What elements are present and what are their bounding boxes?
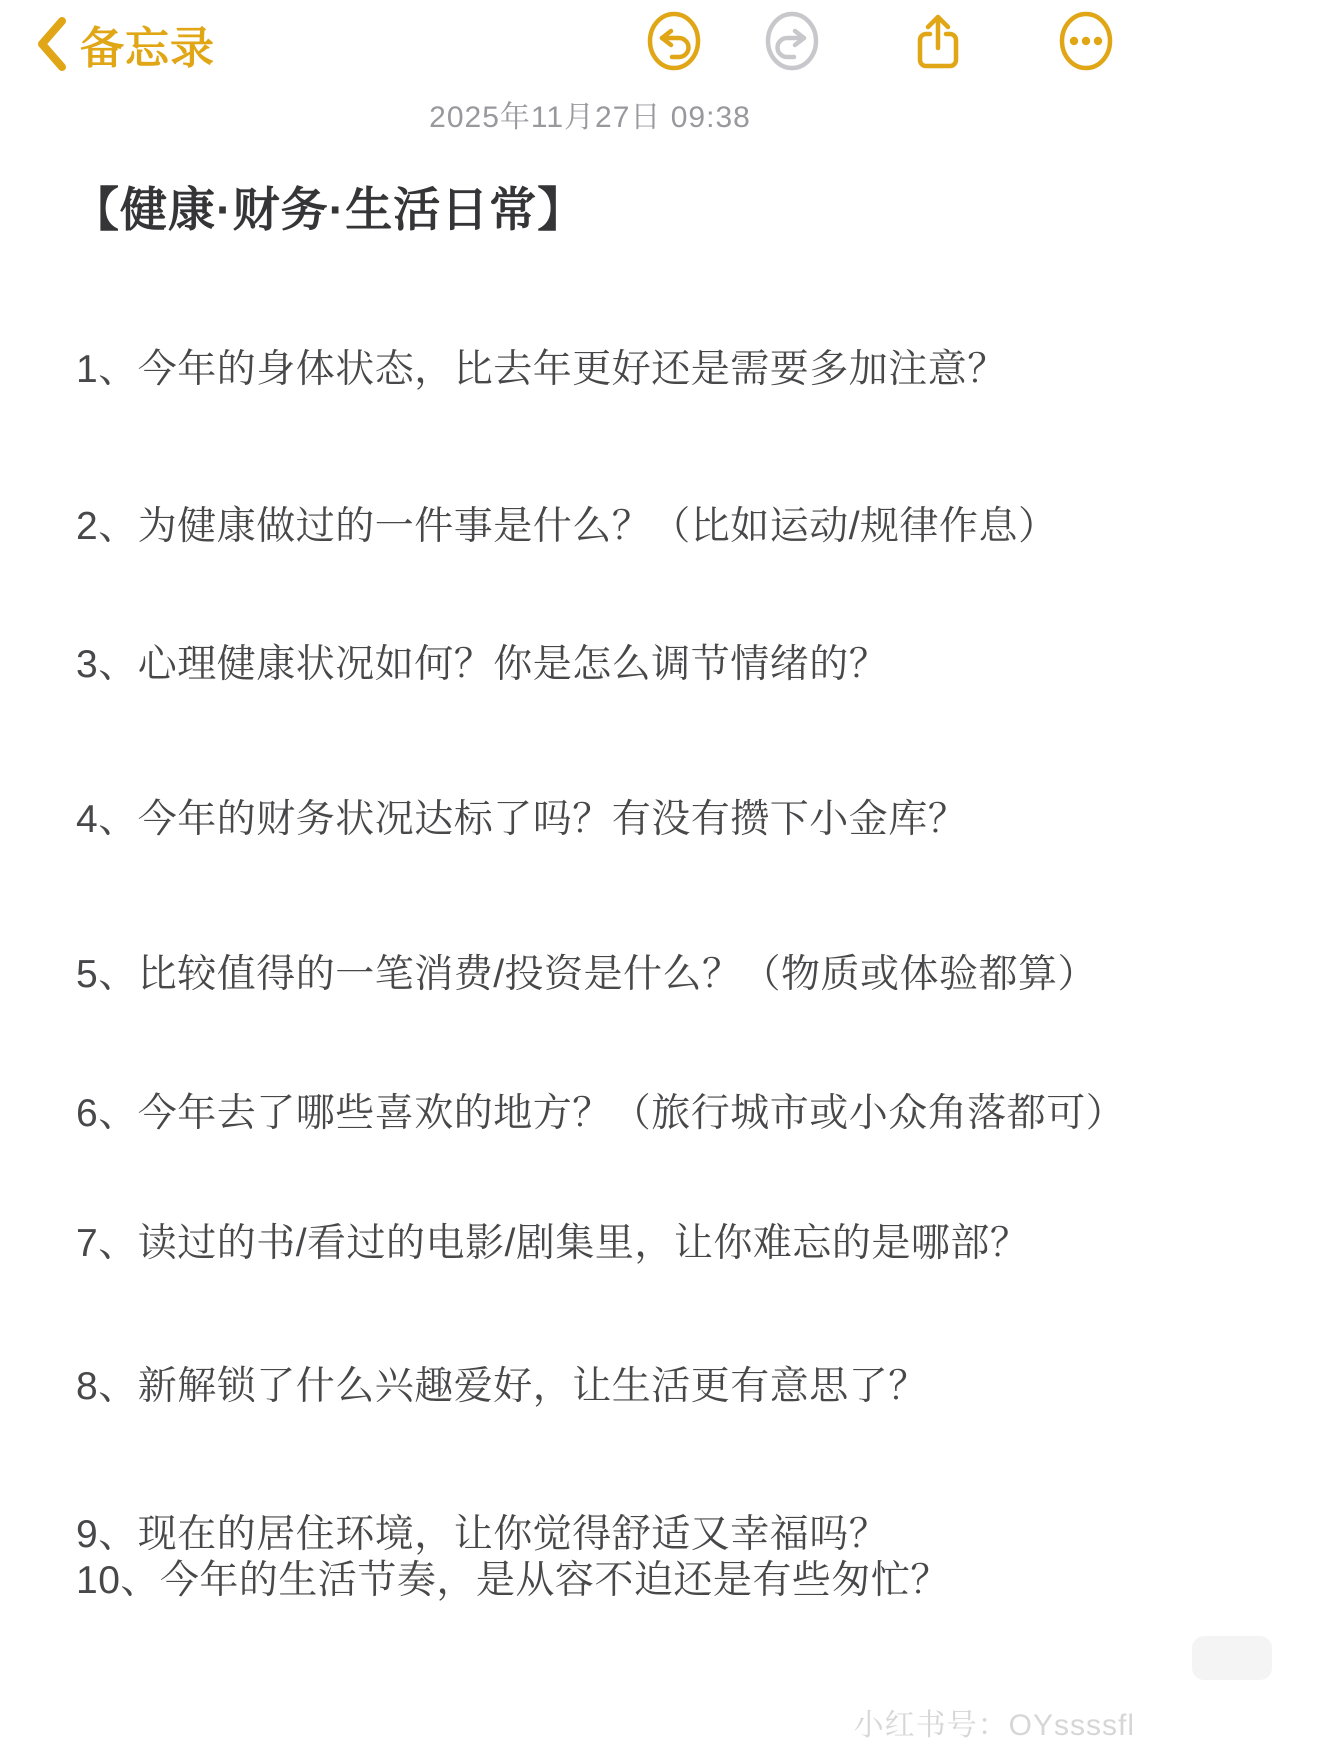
note-title[interactable]: 【健康·财务·生活日常】 — [72, 182, 1260, 238]
xiaohongshu-watermark-badge — [1192, 1636, 1272, 1680]
note-line-3[interactable]: 3、心理健康状况如何？你是怎么调节情绪的？ — [76, 642, 1260, 688]
note-line-4[interactable]: 4、今年的财务状况达标了吗？有没有攒下小金库？ — [76, 797, 1260, 843]
note-line-1[interactable]: 1、今年的身体状态，比去年更好还是需要多加注意？ — [76, 347, 1260, 393]
note-line-9[interactable]: 9、现在的居住环境，让你觉得舒适又幸福吗？ — [76, 1512, 1260, 1558]
xiaohongshu-id-watermark: 小红书号：OYssssfl — [854, 1700, 1135, 1744]
note-line-7[interactable]: 7、读过的书/看过的电影/剧集里，让你难忘的是哪部？ — [76, 1221, 1260, 1267]
note-editor[interactable]: 【健康·财务·生活日常】 1、今年的身体状态，比去年更好还是需要多加注意？ 2、… — [0, 182, 1320, 1604]
note-line-8[interactable]: 8、新解锁了什么兴趣爱好，让生活更有意思了？ — [76, 1364, 1260, 1410]
note-line-2[interactable]: 2、为健康做过的一件事是什么？（比如运动/规律作息） — [76, 504, 1260, 550]
note-line-6[interactable]: 6、今年去了哪些喜欢的地方？（旅行城市或小众角落都可） — [76, 1091, 1260, 1137]
note-timestamp: 2025年11月27日 09:38 — [0, 0, 1250, 136]
note-line-5[interactable]: 5、比较值得的一笔消费/投资是什么？（物质或体验都算） — [76, 952, 1260, 998]
note-line-10[interactable]: 10、今年的生活节奏，是从容不迫还是有些匆忙？ — [76, 1558, 1260, 1604]
